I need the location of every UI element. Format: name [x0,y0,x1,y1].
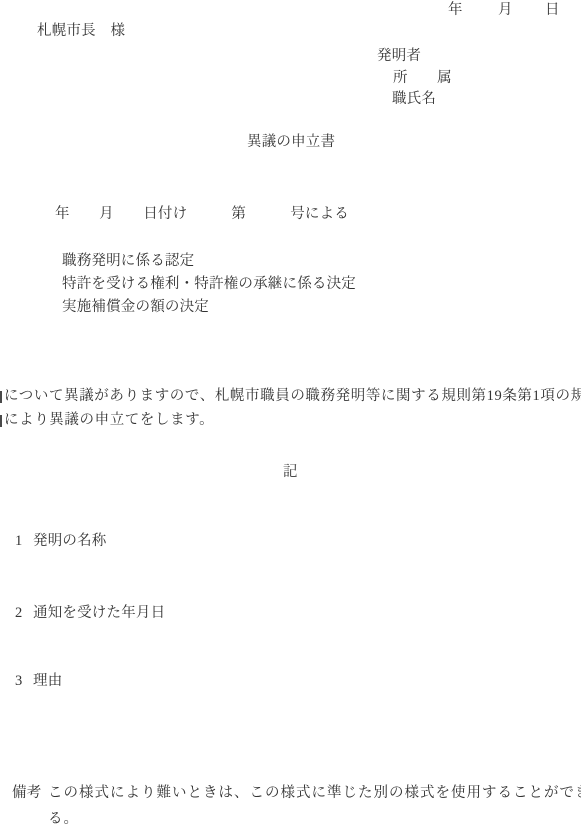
subject-line-succession-decision: 特許を受ける権利・特許権の承継に係る決定 [62,277,356,292]
clipped-glyph-fragment [0,415,2,427]
date-year-label: 年 [448,3,463,18]
date-day-label: 日 [545,3,560,18]
date-month-label: 月 [498,3,513,18]
remarks-line-2: る。 [48,812,79,827]
item-2-label: 通知を受けた年月日 [33,606,165,621]
item-1-label: 発明の名称 [33,534,107,549]
item-3-number: 3 [15,674,22,689]
body-paragraph-line-1: について異議がありますので、札幌市職員の職務発明等に関する規則第19条第1項の規… [4,389,581,404]
body-paragraph-line-2: により異議の申立てをします。 [4,413,214,428]
reference-line: 年 月 日付け 第 号による [55,207,349,222]
remarks-line-1: この様式により難いときは、この様式に準じた別の様式を使用することができ [48,786,581,801]
item-1-number: 1 [15,534,22,549]
remarks-label: 備考 [12,786,41,801]
subject-line-compensation-decision: 実施補償金の額の決定 [62,300,209,315]
subject-line-certification: 職務発明に係る認定 [62,254,194,269]
inventor-affiliation-label: 所 属 [393,71,452,86]
item-3-label: 理由 [33,674,62,689]
inventor-label: 発明者 [377,49,421,64]
clipped-glyph-fragment [0,391,2,403]
inventor-name-label: 職氏名 [392,92,436,107]
addressee-line: 札幌市長 様 [37,24,125,39]
document-page: 年 月 日 札幌市長 様 発明者 所 属 職氏名 異議の申立書 年 月 日付け … [0,0,581,827]
ki-heading: 記 [283,465,298,480]
item-2-number: 2 [15,606,22,621]
document-title: 異議の申立書 [247,135,335,150]
